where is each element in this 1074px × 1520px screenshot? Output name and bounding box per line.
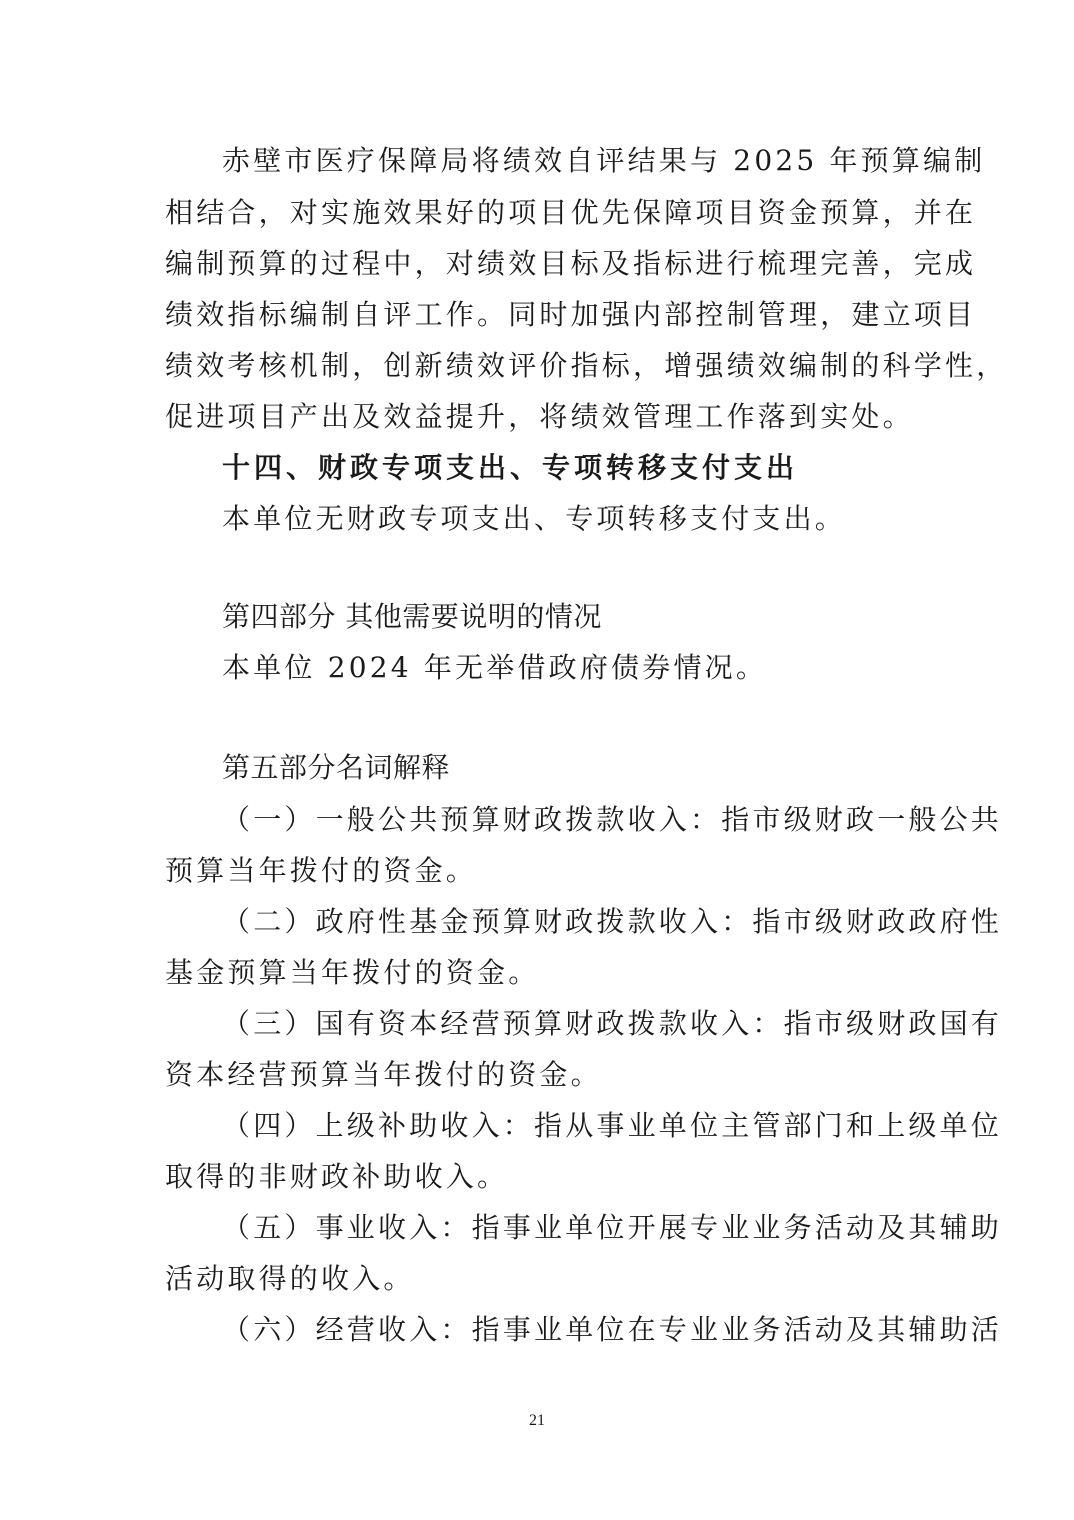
section-heading: 十四、财政专项支出、专项转移支付支出 (222, 448, 972, 488)
page-number: 21 (0, 1412, 1074, 1430)
paragraph-line: 编制预算的过程中，对绩效目标及指标进行梳理完善，完成 (165, 244, 915, 284)
paragraph-line: 绩效考核机制，创新绩效评价指标，增强绩效编制的科学性， (165, 346, 915, 386)
document-page: 赤壁市医疗保障局将绩效自评结果与 2025 年预算编制 相结合，对实施效果好的项… (0, 0, 1074, 1520)
part-heading: 第五部分名词解释 (222, 748, 972, 788)
definition-line: （四）上级补助收入：指从事业单位主管部门和上级单位 (222, 1106, 972, 1146)
definition-line: （一）一般公共预算财政拨款收入：指市级财政一般公共 (222, 800, 972, 840)
definition-line: （五）事业收入：指事业单位开展专业业务活动及其辅助 (222, 1208, 972, 1248)
paragraph-line: 绩效指标编制自评工作。同时加强内部控制管理，建立项目 (165, 295, 915, 335)
definition-line: （六）经营收入：指事业单位在专业业务活动及其辅助活 (222, 1310, 972, 1350)
paragraph-line: 相结合，对实施效果好的项目优先保障项目资金预算，并在 (165, 193, 915, 233)
definition-line: 取得的非财政补助收入。 (165, 1157, 915, 1197)
definition-line: 活动取得的收入。 (165, 1259, 915, 1299)
section-body: 本单位无财政专项支出、专项转移支付支出。 (222, 499, 972, 539)
definition-line: 基金预算当年拨付的资金。 (165, 953, 915, 993)
definition-line: 预算当年拨付的资金。 (165, 851, 915, 891)
paragraph-line: 促进项目产出及效益提升，将绩效管理工作落到实处。 (165, 397, 915, 437)
paragraph-line: 赤壁市医疗保障局将绩效自评结果与 2025 年预算编制 (222, 141, 972, 181)
definition-line: （二）政府性基金预算财政拨款收入：指市级财政政府性 (222, 902, 972, 942)
part-body: 本单位 2024 年无举借政府债券情况。 (222, 648, 972, 688)
definition-line: （三）国有资本经营预算财政拨款收入：指市级财政国有 (222, 1004, 972, 1044)
definition-line: 资本经营预算当年拨付的资金。 (165, 1055, 915, 1095)
part-heading: 第四部分 其他需要说明的情况 (222, 597, 972, 637)
